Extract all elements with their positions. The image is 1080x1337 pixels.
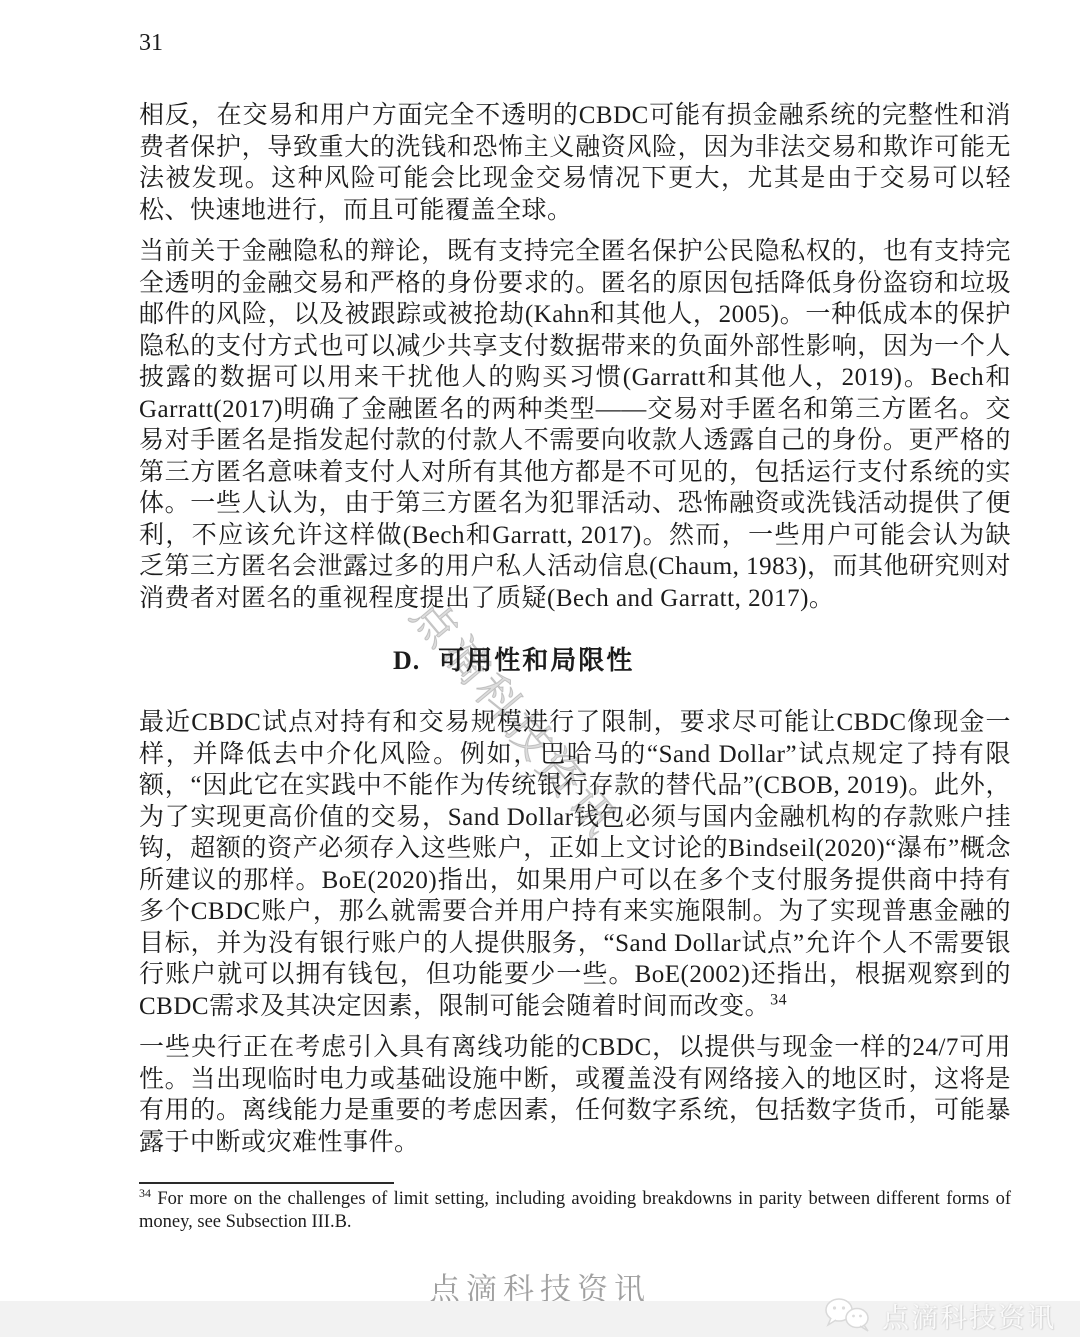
paragraph-cbdc-limits: 最近CBDC试点对持有和交易规模进行了限制，要求尽可能让CBDC像现金一样，并降… [139, 707, 1011, 1022]
paragraph-transparency-risks: 相反，在交易和用户方面完全不透明的CBDC可能有损金融系统的完整性和消费者保护，… [139, 100, 1011, 226]
paragraph-offline-capability: 一些央行正在考虑引入具有离线功能的CBDC，以提供与现金一样的24/7可用性。当… [139, 1032, 1011, 1158]
document-page: { "page": { "number": "31" }, "heading":… [0, 0, 1080, 1337]
footnote-reference-34: 34 [770, 991, 787, 1008]
section-heading-availability: D.可用性和局限性 [393, 644, 1011, 677]
wechat-icon [822, 1295, 874, 1335]
document-body: 相反，在交易和用户方面完全不透明的CBDC可能有损金融系统的完整性和消费者保护，… [139, 100, 1011, 1168]
section-title: 可用性和局限性 [438, 646, 634, 675]
corner-watermark: 点滴科技资讯 [822, 1295, 1056, 1335]
paragraph-privacy-debate: 当前关于金融隐私的辩论，既有支持完全匿名保护公民隐私权的，也有支持完全透明的金融… [139, 236, 1011, 614]
footnote-area: 34 For more on the challenges of limit s… [139, 1182, 1011, 1234]
section-letter: D. [393, 646, 420, 675]
footnote-34-text: For more on the challenges of limit sett… [139, 1189, 1011, 1232]
paragraph-cbdc-limits-text: 最近CBDC试点对持有和交易规模进行了限制，要求尽可能让CBDC像现金一样，并降… [139, 709, 1011, 1020]
footnote-34-marker: 34 [139, 1186, 151, 1200]
corner-watermark-text: 点滴科技资讯 [882, 1296, 1056, 1335]
page-number: 31 [139, 30, 163, 57]
footnote-separator-rule [139, 1182, 394, 1184]
footnote-34: 34 For more on the challenges of limit s… [139, 1188, 1011, 1234]
